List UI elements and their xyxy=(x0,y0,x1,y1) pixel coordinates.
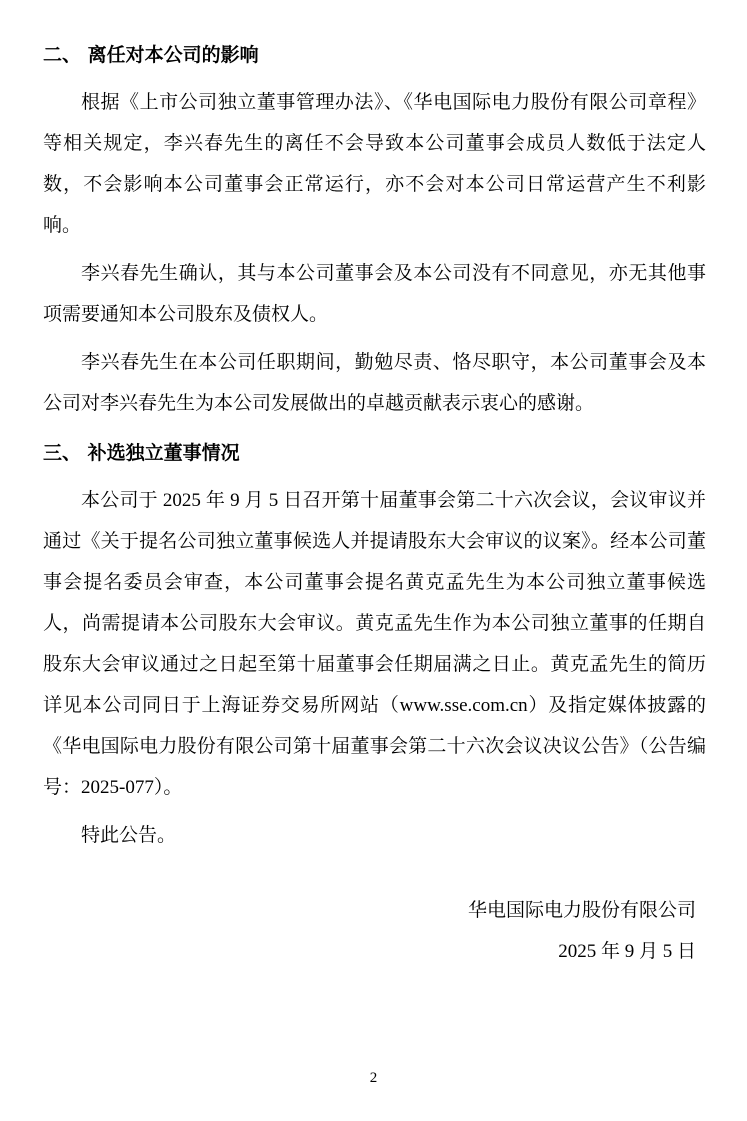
page-number: 2 xyxy=(0,1070,747,1087)
section-heading-3-number: 三、 xyxy=(43,443,81,464)
paragraph-impact-1: 根据《上市公司独立董事管理办法》、《华电国际电力股份有限公司章程》等相关规定，李… xyxy=(43,82,706,246)
signature-company: 华电国际电力股份有限公司 xyxy=(43,890,696,931)
signature-block: 华电国际电力股份有限公司 2025 年 9 月 5 日 xyxy=(43,890,706,972)
document-page: 二、离任对本公司的影响 根据《上市公司独立董事管理办法》、《华电国际电力股份有限… xyxy=(0,0,747,1121)
paragraph-impact-2: 李兴春先生确认，其与本公司董事会及本公司没有不同意见，亦无其他事项需要通知本公司… xyxy=(43,253,706,335)
section-heading-2: 二、离任对本公司的影响 xyxy=(43,36,706,76)
section-heading-3: 三、补选独立董事情况 xyxy=(43,434,706,474)
paragraph-impact-3: 李兴春先生在本公司任职期间，勤勉尽责、恪尽职守，本公司董事会及本公司对李兴春先生… xyxy=(43,342,706,424)
document-content: 二、离任对本公司的影响 根据《上市公司独立董事管理办法》、《华电国际电力股份有限… xyxy=(0,0,747,972)
section-heading-2-number: 二、 xyxy=(43,45,81,66)
closing-paragraph: 特此公告。 xyxy=(43,815,706,856)
signature-date: 2025 年 9 月 5 日 xyxy=(43,931,696,972)
section-heading-3-title: 补选独立董事情况 xyxy=(88,443,240,464)
paragraph-election-1: 本公司于 2025 年 9 月 5 日召开第十届董事会第二十六次会议，会议审议并… xyxy=(43,480,706,808)
section-heading-2-title: 离任对本公司的影响 xyxy=(88,45,259,66)
